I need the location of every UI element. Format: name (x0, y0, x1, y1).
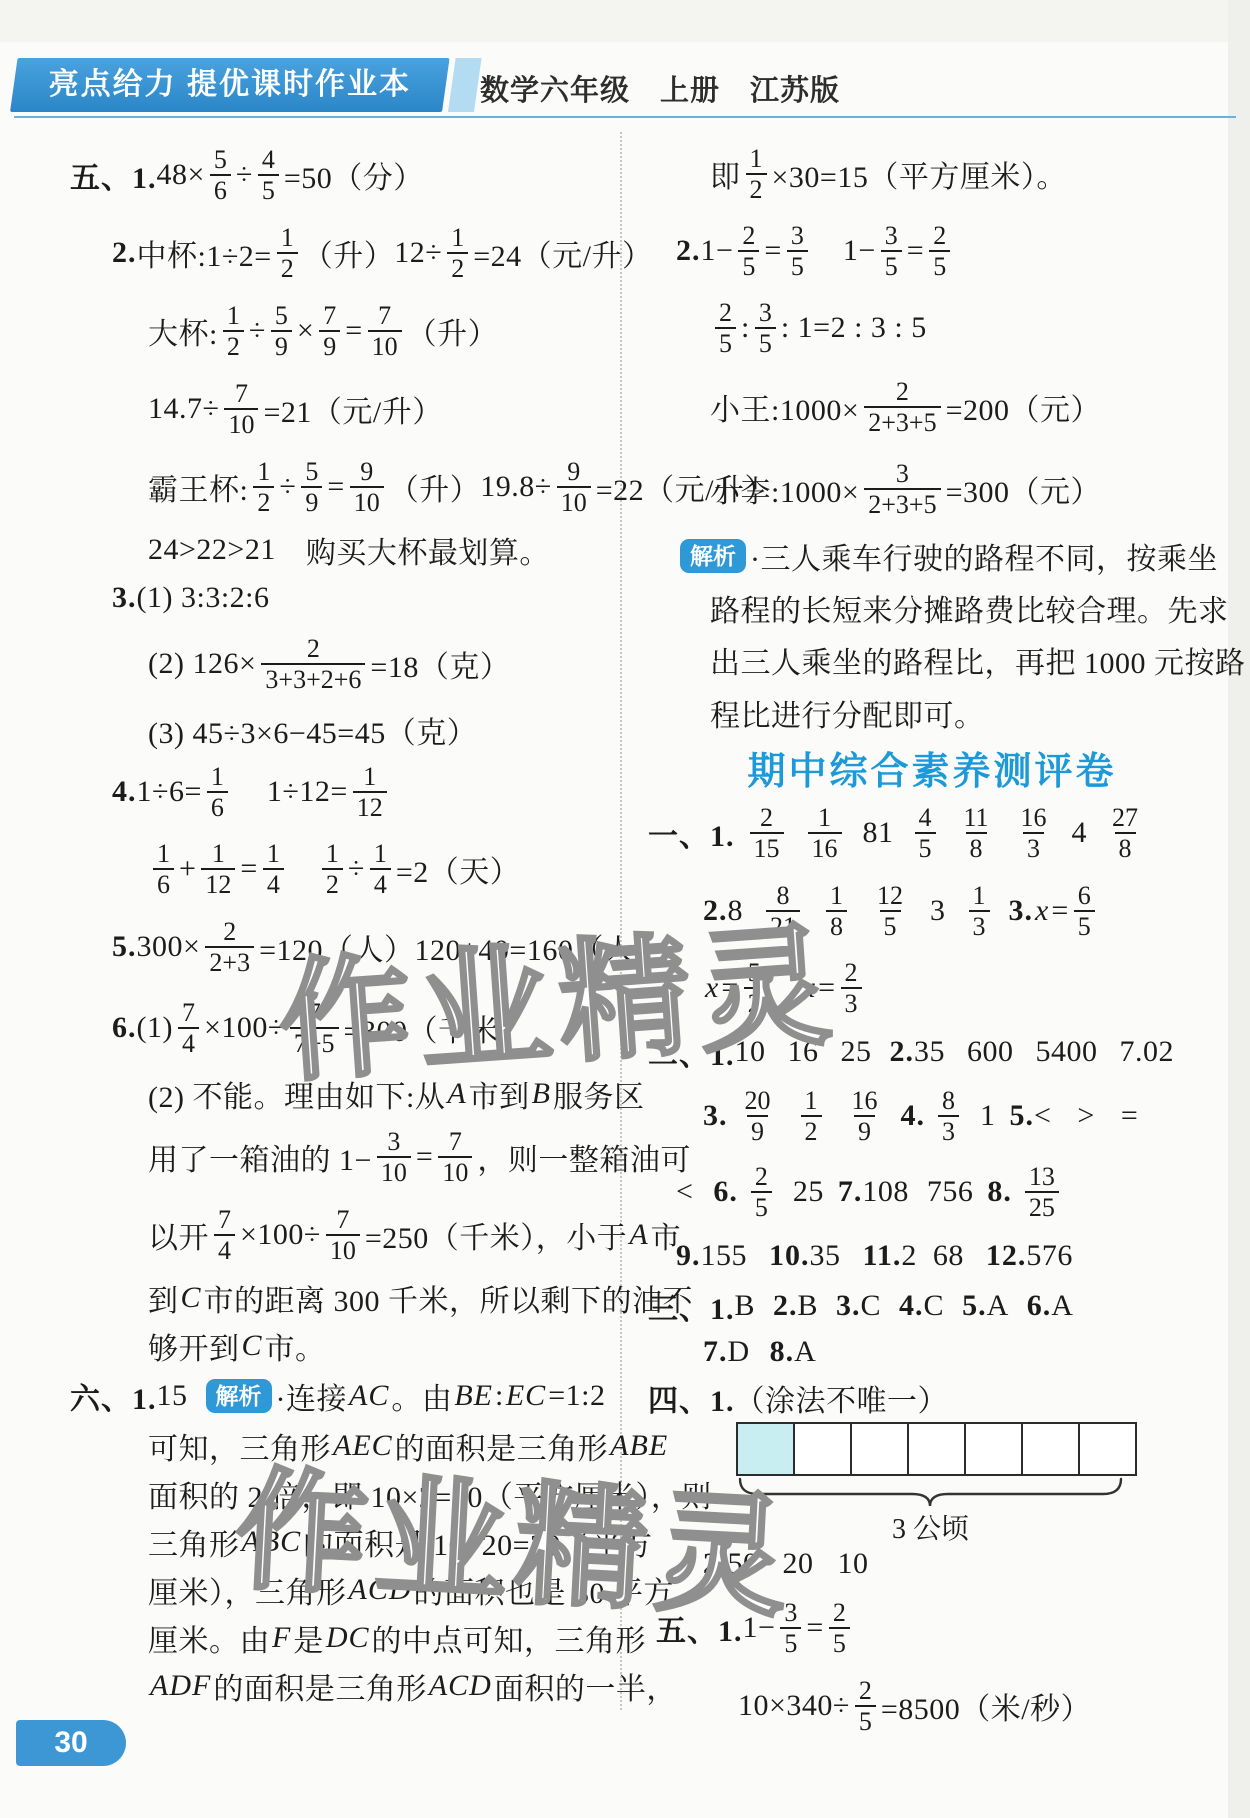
fraction-numerator: 2 (219, 917, 240, 946)
fraction-denominator: 4 (263, 868, 284, 899)
text-run: 程比进行分配即可。 (710, 691, 985, 735)
fraction: 112 (353, 762, 387, 822)
text-run: 576 (1026, 1239, 1073, 1273)
spacer (728, 1116, 736, 1117)
watermark-text: 作业精灵 (231, 1423, 800, 1642)
math-var: x (1033, 894, 1051, 928)
spacer (964, 1256, 986, 1257)
text-run: 25 (841, 1035, 872, 1069)
series-banner: 亮点给力 提优课时作业本 (10, 58, 450, 112)
text-run: = (907, 234, 924, 268)
fraction-numerator: 7 (178, 998, 199, 1027)
fraction-numerator: 7 (231, 379, 252, 408)
fraction: 23+3+2+6 (261, 634, 365, 694)
spacer (738, 1192, 746, 1193)
text-run: C (861, 1289, 882, 1323)
item-marker: 五、1. (70, 153, 157, 197)
text-run: 市。 (265, 1324, 326, 1368)
item-marker: 6. (1027, 1289, 1052, 1323)
fraction-denominator: 3+3+2+6 (261, 663, 365, 694)
fraction-numerator: 2 (929, 221, 950, 250)
fraction-numerator: 2 (738, 221, 759, 250)
spacer (852, 911, 868, 912)
text-run: 14.7÷ (148, 392, 219, 426)
text-run: + (179, 852, 196, 886)
spacer (841, 1256, 863, 1257)
item-marker: 一、1. (648, 811, 735, 855)
text-run: 1 (980, 1099, 996, 1133)
text-run: 81 (863, 816, 894, 850)
fraction-denominator: 2 (277, 252, 298, 283)
fraction: 45 (915, 803, 936, 863)
text-run: A (794, 1335, 816, 1369)
watermark-text: 作业精灵 (272, 879, 844, 1108)
fraction-denominator: 5 (258, 174, 279, 205)
item-marker: 6. (713, 1175, 738, 1209)
fraction-denominator: 15 (750, 832, 784, 863)
fraction-numerator: 4 (258, 145, 279, 174)
spacer (755, 1306, 773, 1307)
spacer (912, 911, 930, 912)
answer-line: 2. 1−25=351−35=25 (648, 212, 1216, 290)
fraction: 22+3+5 (864, 377, 940, 437)
fraction: 910 (557, 457, 591, 517)
fraction: 32+3+5 (864, 459, 940, 519)
text-run: 是 (293, 1616, 324, 1660)
fraction-numerator: 7 (374, 301, 395, 330)
text-run: =1:2 (548, 1379, 605, 1413)
item-marker: 4. (112, 775, 137, 809)
answer-line: 四、1.（涂法不唯一） (648, 1374, 1216, 1422)
fraction-denominator: 4 (370, 868, 391, 899)
spacer (276, 550, 306, 551)
item-marker: 三、1. (648, 1284, 735, 1328)
fraction: 125 (873, 881, 907, 941)
fraction-denominator: 8 (1115, 832, 1136, 863)
text-run: ·三人乘车行驶的路程不同，按乘坐 (750, 534, 1218, 578)
fraction-denominator: 2+3+5 (864, 488, 940, 519)
fraction: 710 (438, 1127, 472, 1187)
text-run: 的面积是三角形 (213, 1664, 427, 1708)
item-marker: 9. (676, 1239, 701, 1273)
fraction-denominator: 5 (755, 327, 776, 358)
math-var: F (270, 1621, 293, 1655)
item-marker: 7. (703, 1335, 728, 1369)
fraction-denominator: 12 (353, 791, 387, 822)
spacer (1009, 1306, 1027, 1307)
text-run: 15 (157, 1379, 188, 1413)
text-run: ×30=15（平方厘米）。 (772, 152, 1067, 196)
fraction-denominator: 2 (322, 868, 343, 899)
spacer (973, 1192, 987, 1193)
text-run: ÷ (348, 852, 365, 886)
text-run: × (297, 314, 314, 348)
text-run: 3 (930, 894, 946, 928)
text-run: (3) 45÷3×6−45=45（克） (148, 708, 477, 752)
spacer (909, 1192, 927, 1193)
text-run: 1÷6= (137, 775, 202, 809)
item-marker: 8. (770, 1335, 795, 1369)
item-marker: 3. (112, 581, 137, 615)
math-var: ACD (427, 1669, 494, 1703)
fraction-numerator: 3 (892, 459, 913, 488)
text-run: 756 (927, 1175, 974, 1209)
fraction: 118 (960, 803, 993, 863)
fraction: 14 (263, 839, 284, 899)
fraction: 83 (938, 1086, 959, 1146)
fraction-denominator: 10 (377, 1156, 411, 1187)
text-run: 1÷12= (267, 775, 348, 809)
fraction: 16 (207, 762, 228, 822)
text-run: 用了一箱油的 1− (148, 1135, 372, 1179)
fraction: 25 (855, 1676, 876, 1736)
text-run: 35 (810, 1239, 841, 1273)
text-run: 68 (933, 1239, 964, 1273)
fraction: 910 (350, 457, 384, 517)
text-run: 48× (157, 158, 205, 192)
fraction: 25 (738, 221, 759, 281)
fraction-denominator: 9 (319, 330, 340, 361)
fraction-denominator: 2+3+5 (864, 406, 940, 437)
fraction-denominator: 10 (368, 330, 402, 361)
text-run: > (1077, 1099, 1094, 1133)
math-var: ADF (148, 1669, 213, 1703)
item-marker: 2. (676, 234, 701, 268)
spacer (941, 833, 955, 834)
fraction-numerator: 12 (873, 881, 907, 910)
fraction-numerator: 1 (447, 223, 468, 252)
spacer (777, 1192, 793, 1193)
answer-line: 14.7÷710=21（元/升） (70, 370, 618, 448)
fraction: 65 (1074, 881, 1095, 941)
math-var: C (240, 1329, 265, 1363)
text-run: 以开 (148, 1213, 209, 1257)
scan-edge-right (1228, 0, 1250, 1818)
fraction-numerator: 2 (829, 1598, 850, 1627)
page-number-badge: 30 (16, 1720, 126, 1766)
fraction-denominator: 9 (854, 1115, 875, 1146)
spacer (946, 911, 964, 912)
fraction-denominator: 3 (1023, 832, 1044, 863)
math-var: C (179, 1281, 204, 1315)
fraction-denominator: 12 (201, 868, 235, 899)
answer-line: 24>22>21购买大杯最划算。 (70, 526, 618, 574)
text-run: = (327, 470, 344, 504)
spacer (735, 833, 745, 834)
fraction-denominator: 2 (253, 486, 274, 517)
series-banner-title: 亮点给力 提优课时作业本 (14, 58, 446, 112)
text-run: 霸王杯: (148, 465, 248, 509)
item-marker: 2. (773, 1289, 798, 1323)
text-run: 市的距离 300 千米，所以剩下的油不 (204, 1276, 694, 1320)
fraction-numerator: 9 (356, 457, 377, 486)
text-run: 即 (710, 152, 741, 196)
fraction: 710 (368, 301, 402, 361)
fraction: 35 (881, 221, 902, 281)
text-run: 。由 (391, 1374, 452, 1418)
fraction: 35 (755, 298, 776, 358)
fraction-denominator: 5 (738, 250, 759, 281)
spacer (818, 1306, 836, 1307)
spacer (872, 1052, 890, 1053)
spacer (747, 1256, 769, 1257)
text-run: 中杯:1÷2= (137, 231, 272, 275)
text-run: = (1121, 1099, 1138, 1133)
text-run: 大杯: (148, 309, 218, 353)
fraction: 56 (210, 145, 231, 205)
fraction-numerator: 4 (915, 803, 936, 832)
answer-line: 以开 74×100÷710=250（千米），小于 A 市 (70, 1196, 618, 1274)
answer-line: 9. 15510. 3511. 26812. 576 (648, 1230, 1216, 1282)
fraction: 13 (969, 881, 990, 941)
answer-line: 霸王杯:12÷59=910（升）19.8÷910=22（元/升） (70, 448, 618, 526)
spacer (233, 792, 267, 793)
fraction-numerator: 7 (214, 1205, 235, 1234)
fraction: 12 (322, 839, 343, 899)
answer-line: 路程的长短来分摊路费比较合理。先求 (648, 582, 1216, 634)
banner-accent-stripe (448, 58, 482, 112)
text-run: 2 (901, 1239, 917, 1273)
fraction-denominator: 8 (966, 832, 987, 863)
fraction: 12 (801, 1086, 822, 1146)
fraction: 169 (848, 1086, 882, 1146)
text-run: ×100÷ (204, 1011, 285, 1045)
text-run: =50（分） (284, 153, 424, 197)
spacer (750, 1352, 770, 1353)
fraction-numerator: 7 (445, 1127, 466, 1156)
spacer (847, 833, 863, 834)
answer-line: 一、1.21511681451181634278 (648, 794, 1216, 872)
text-run: 155 (701, 1239, 748, 1273)
text-run: 4 (1072, 816, 1088, 850)
math-var: AC (347, 1379, 391, 1413)
item-marker: 12. (986, 1239, 1027, 1273)
fraction-denominator: 5 (880, 910, 901, 941)
answer-line: 7. D8. A (648, 1330, 1216, 1374)
fraction-denominator: 5 (715, 327, 736, 358)
item-marker: 5. (112, 930, 137, 964)
fraction-denominator: 5 (1074, 910, 1095, 941)
answer-line: (2) 126×23+3+2+6=18（克） (70, 622, 618, 706)
fraction-numerator: 6 (1074, 881, 1095, 910)
fraction-numerator: 11 (960, 803, 993, 832)
item-marker: 11. (863, 1239, 902, 1273)
right-top-lines: 即12×30=15（平方厘米）。2. 1−25=351−35=2525 : 35… (648, 136, 1216, 740)
text-run: ·连接 (276, 1374, 348, 1418)
item-marker: 6. (112, 1011, 137, 1045)
fraction-denominator: 2 (223, 330, 244, 361)
jiexi-badge: 解析 (206, 1379, 272, 1414)
text-run: ÷ (236, 158, 253, 192)
fraction-numerator: 3 (755, 298, 776, 327)
spacer (881, 1306, 899, 1307)
text-run: =8500（米/秒） (881, 1684, 1091, 1728)
fraction-denominator: 4 (178, 1027, 199, 1058)
spacer (289, 869, 317, 870)
text-run: =250（千米），小于 (365, 1213, 627, 1257)
fraction-denominator: 6 (210, 174, 231, 205)
answer-line: 到 C 市的距离 300 千米，所以剩下的油不 (70, 1274, 618, 1322)
fraction-denominator: 5 (855, 1705, 876, 1736)
text-run: 19.8÷ (480, 470, 551, 504)
fraction-numerator: 5 (271, 301, 292, 330)
text-run: （涂法不唯一） (735, 1376, 949, 1420)
fraction-denominator: 5 (915, 832, 936, 863)
text-run: =300（元） (946, 467, 1101, 511)
fraction-numerator: 1 (263, 839, 284, 868)
fraction-denominator: 25 (1025, 1191, 1059, 1222)
fraction-denominator: 9 (271, 330, 292, 361)
fraction: 59 (301, 457, 322, 517)
bar-cell (850, 1422, 909, 1476)
text-run: =24（元/升） (473, 231, 652, 275)
fraction-denominator: 16 (808, 832, 842, 863)
text-run: =21（元/升） (263, 387, 442, 431)
text-run: ÷ (279, 470, 296, 504)
text-run: : (495, 1379, 504, 1413)
spacer (917, 1256, 933, 1257)
text-run: 10 (838, 1547, 869, 1581)
text-run: = (806, 1611, 823, 1645)
answer-line: 六、1. 15解析·连接 AC。由 BE:EC=1:2 (70, 1370, 618, 1422)
text-run: 300× (137, 930, 201, 964)
fraction-bar (738, 1422, 1216, 1476)
answer-line: 10×340÷25=8500（米/秒） (648, 1666, 1216, 1746)
text-run: < (676, 1175, 693, 1209)
fraction-numerator: 1 (322, 839, 343, 868)
text-run: 小王:1000× (710, 385, 859, 429)
text-run: 三角形 (148, 1520, 240, 1564)
spacer (925, 1116, 933, 1117)
fraction-numerator: 1 (969, 881, 990, 910)
fraction-numerator: 2 (841, 958, 862, 987)
spacer (1051, 1116, 1077, 1117)
answer-line: 三、1. B2. B3. C4. C5. A6. A (648, 1282, 1216, 1330)
fraction-denominator: 3 (969, 910, 990, 941)
fraction-numerator: 2 (715, 298, 736, 327)
text-run: B (735, 1289, 756, 1323)
fraction: 215 (750, 803, 784, 863)
answer-line: 4. 1÷6=161÷12=112 (70, 754, 618, 830)
answer-line: ADF 的面积是三角形 ACD 面积的一半， (70, 1662, 618, 1710)
text-run: : (741, 311, 750, 345)
item-marker: 5. (1010, 1099, 1035, 1133)
text-run: = (240, 852, 257, 886)
item-marker: 2. (890, 1035, 915, 1069)
text-run: 600 (967, 1035, 1014, 1069)
section-title: 期中综合素养测评卷 (648, 740, 1216, 794)
answer-line: 大杯:12÷59×79=710（升） (70, 292, 618, 370)
fraction: 163 (1017, 803, 1051, 863)
fraction-numerator: 1 (223, 301, 244, 330)
fraction-numerator: 1 (746, 144, 767, 173)
fraction: 710 (224, 379, 258, 439)
fraction-numerator: 2 (751, 1162, 772, 1191)
item-marker: 7. (838, 1175, 863, 1209)
fraction-denominator: 9 (747, 1115, 768, 1146)
fraction-numerator: 9 (563, 457, 584, 486)
spacer (789, 833, 803, 834)
spacer (1095, 1116, 1121, 1117)
bar-cell (964, 1422, 1023, 1476)
fraction-denominator: 5 (881, 250, 902, 281)
spacer (813, 251, 843, 252)
bar-cell (1021, 1422, 1080, 1476)
fraction-denominator: 5 (787, 250, 808, 281)
answer-line: <6.25257. 1087568.1325 (648, 1154, 1216, 1230)
text-run: A (987, 1289, 1009, 1323)
spacer (944, 1306, 962, 1307)
fraction: 710 (326, 1205, 360, 1265)
fraction-numerator: 2 (303, 634, 324, 663)
item-marker: 3. (703, 1099, 728, 1133)
answer-line: 16+112=1412÷14=2（天） (70, 830, 618, 908)
fraction: 25 (929, 221, 950, 281)
text-run: 5400 (1036, 1035, 1098, 1069)
text-run: (1) (137, 1011, 173, 1045)
answer-line: 解析·三人乘车行驶的路程不同，按乘坐 (648, 530, 1216, 582)
answer-line: 3. (1) 3:3:2:6 (70, 574, 618, 622)
item-marker: 2. (112, 236, 137, 270)
fraction: 1325 (1025, 1162, 1059, 1222)
spacer (945, 1052, 967, 1053)
spacer (693, 1192, 713, 1193)
answer-line: 小李:1000×32+3+5=300（元） (648, 448, 1216, 530)
fraction-numerator: 20 (741, 1086, 775, 1115)
text-run: C (924, 1289, 945, 1323)
fraction-numerator: 5 (210, 145, 231, 174)
text-run: =2（天） (396, 847, 520, 891)
text-run: A (1051, 1289, 1073, 1323)
fraction-numerator: 2 (855, 1676, 876, 1705)
spacer (827, 1116, 843, 1117)
text-run: = (345, 314, 362, 348)
item-marker: 3. (836, 1289, 861, 1323)
fraction-numerator: 8 (938, 1086, 959, 1115)
text-run: 24>22>21 (148, 533, 276, 567)
math-var: DC (324, 1621, 372, 1655)
fraction: 12 (447, 223, 468, 283)
item-marker: 10. (769, 1239, 810, 1273)
fraction: 25 (715, 298, 736, 358)
fraction: 25 (829, 1598, 850, 1658)
item-marker: 5. (962, 1289, 987, 1323)
spacer (780, 1116, 796, 1117)
fraction-numerator: 13 (1025, 1162, 1059, 1191)
fraction: 16 (153, 839, 174, 899)
fraction-numerator: 2 (892, 377, 913, 406)
text-run: 路程的长短来分摊路费比较合理。先求 (710, 586, 1229, 630)
fraction-numerator: 16 (848, 1086, 882, 1115)
fraction-numerator: 1 (359, 762, 380, 791)
spacer (1098, 1052, 1120, 1053)
fraction-denominator: 10 (224, 408, 258, 439)
bar-cell (793, 1422, 852, 1476)
fraction: 209 (741, 1086, 775, 1146)
fraction: 35 (787, 221, 808, 281)
fraction-denominator: 5 (751, 1191, 772, 1222)
scan-edge-top (0, 0, 1250, 42)
text-run: （升） (389, 465, 481, 509)
header-rule (14, 116, 1236, 118)
answer-line: 3.209121694.8315. <>= (648, 1078, 1216, 1154)
fraction: 12 (277, 223, 298, 283)
fraction-denominator: 5 (829, 1627, 850, 1658)
answer-line: 够开到 C 市。 (70, 1322, 618, 1370)
fraction: 112 (201, 839, 235, 899)
book-subtitle: 数学六年级 上册 江苏版 (480, 68, 840, 109)
fraction-numerator: 1 (207, 762, 228, 791)
